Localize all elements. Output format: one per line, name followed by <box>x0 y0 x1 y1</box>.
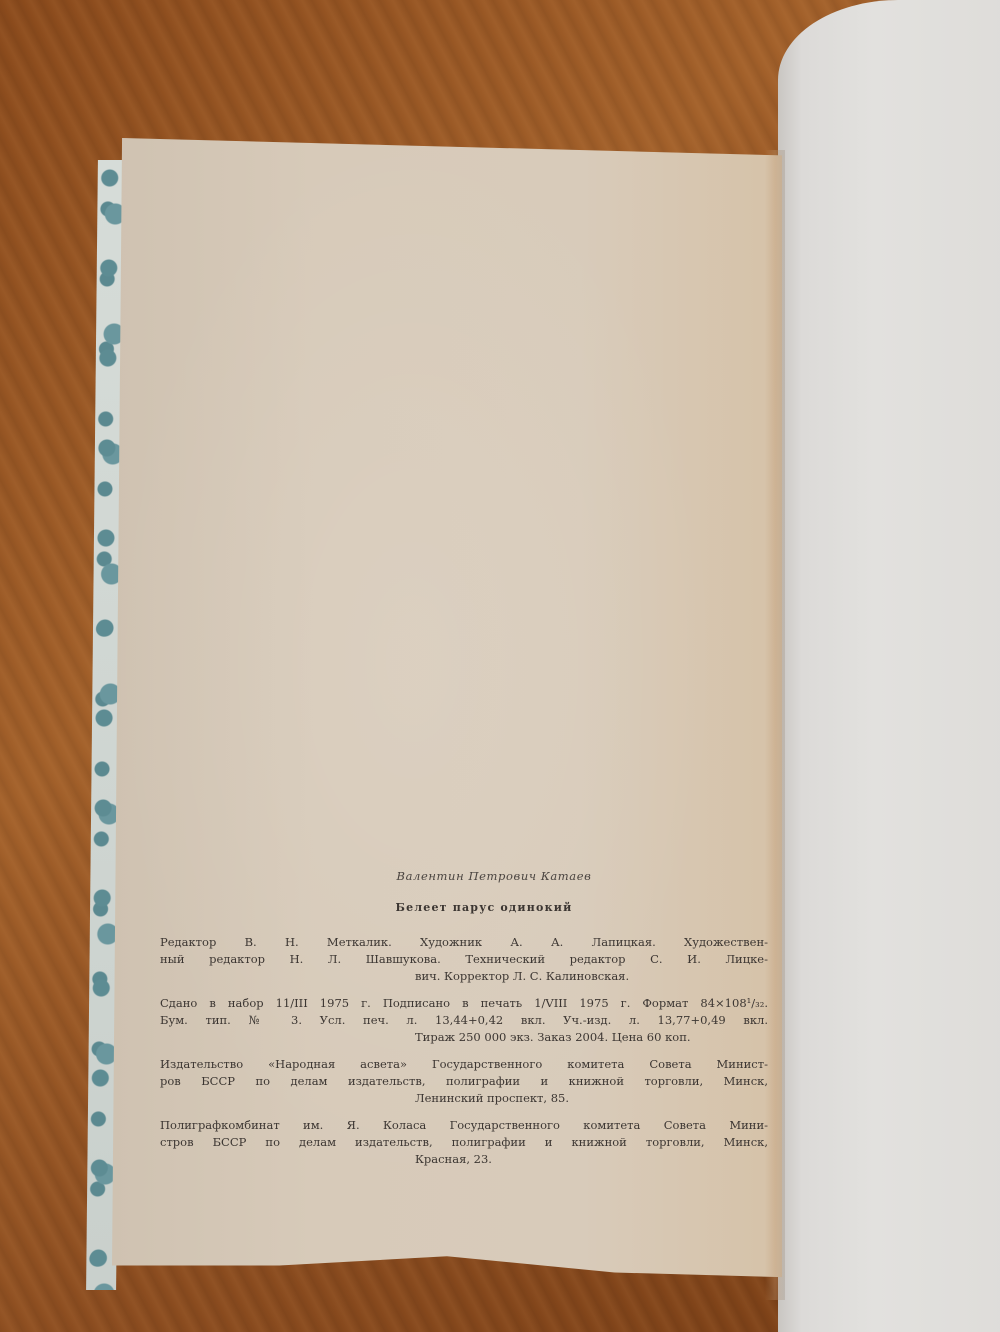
production-line: Сдано в набор 11/III 1975 г. Подписано в… <box>160 995 768 1012</box>
imprint-block: Валентин Петрович Катаев Белеет парус од… <box>160 868 768 1178</box>
printer-line: Полиграфкомбинат им. Я. Коласа Государст… <box>160 1117 768 1134</box>
right-page <box>778 0 1000 1332</box>
credits-paragraph: Редактор В. Н. Меткалик. Художник А. А. … <box>160 934 768 985</box>
production-paragraph: Сдано в набор 11/III 1975 г. Подписано в… <box>160 995 768 1046</box>
book-title: Белеет парус одинокий <box>200 899 768 916</box>
publisher-line: Ленинский проспект, 85. <box>160 1090 768 1107</box>
gutter-shadow <box>765 150 785 1300</box>
publisher-line: ров БССР по делам издательств, полиграфи… <box>160 1073 768 1090</box>
publisher-line: Издательство «Народная асвета» Государст… <box>160 1056 768 1073</box>
printer-paragraph: Полиграфкомбинат им. Я. Коласа Государст… <box>160 1117 768 1168</box>
production-line: Тираж 250 000 экз. Заказ 2004. Цена 60 к… <box>160 1029 768 1046</box>
production-line: Бум. тип. № 3. Усл. печ. л. 13,44+0,42 в… <box>160 1012 768 1029</box>
author-name: Валентин Петрович Катаев <box>220 868 768 885</box>
printer-line: стров БССР по делам издательств, полигра… <box>160 1134 768 1151</box>
credits-line: Редактор В. Н. Меткалик. Художник А. А. … <box>160 934 768 951</box>
printer-line: Красная, 23. <box>160 1151 768 1168</box>
credits-line: ный редактор Н. Л. Шавшукова. Технически… <box>160 951 768 968</box>
publisher-paragraph: Издательство «Народная асвета» Государст… <box>160 1056 768 1107</box>
credits-line: вич. Корректор Л. С. Калиновская. <box>160 968 768 985</box>
